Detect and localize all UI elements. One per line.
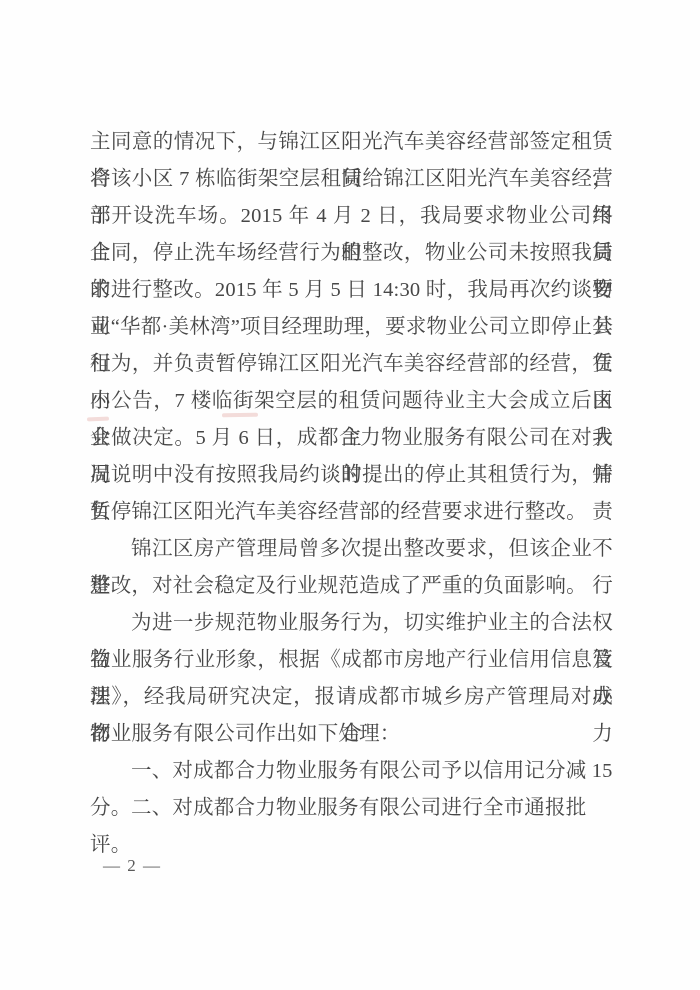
text-line: 况说明中没有按照我局约谈时提出的停止其租赁行为，并负责: [90, 457, 613, 494]
text-line: 主同意的情况下，与锦江区阳光汽车美容经营部签定租赁合同，: [90, 124, 613, 161]
scan-artifact: [87, 417, 109, 422]
text-line paragraph-start: 为进一步规范物业服务行为，切实维护业主的合法权益及: [90, 605, 613, 642]
page-number: — 2 —: [103, 855, 162, 877]
text-line: 整改，对社会稳定及行业规范造成了严重的负面影响。: [90, 568, 613, 605]
text-line paragraph-start: 锦江区房产管理局曾多次提出整改要求，但该企业不进行: [90, 531, 613, 568]
text-line: 法》，经我局研究决定，报请成都市城乡房产管理局对成都合力: [90, 679, 613, 716]
text-line: 会做决定。5 月 6 日，成都合力物业服务有限公司在对我局的情: [90, 420, 613, 457]
text-line: 于开设洗车场。2015 年 4 月 2 日，我局要求物业公司终止租赁: [90, 198, 613, 235]
text-line list-item-2: 二、对成都合力物业服务有限公司进行全市通报批评。: [90, 790, 613, 827]
scan-artifact: [222, 413, 258, 418]
text-line list-item-1: 一、对成都合力物业服务有限公司予以信用记分减 15 分。: [90, 753, 613, 790]
text-line: 合同，停止洗车场经营行为的整改，物业公司未按照我局的要: [90, 235, 613, 272]
text-line: 将该小区 7 栋临街架空层租赁给锦江区阳光汽车美容经营部用: [90, 161, 613, 198]
document-body: 主同意的情况下，与锦江区阳光汽车美容经营部签定租赁合同， 将该小区 7 栋临街架…: [90, 124, 613, 827]
scanned-document-page: 主同意的情况下，与锦江区阳光汽车美容经营部签定租赁合同， 将该小区 7 栋临街架…: [0, 0, 700, 990]
text-line: 暂停锦江区阳光汽车美容经营部的经营要求进行整改。: [90, 494, 613, 531]
text-line: 内公告，7 楼临街架空层的租赁问题待业主大会成立后由业主大: [90, 383, 613, 420]
text-line: 求进行整改。2015 年 5 月 5 日 14:30 时，我局再次约谈物业公: [90, 272, 613, 309]
text-line: 物业服务行业形象，根据《成都市房地产行业信用信息管理办: [90, 642, 613, 679]
text-line: 行为，并负责暂停锦江区阳光汽车美容经营部的经营，在小区: [90, 346, 613, 383]
text-line: 司“华都·美林湾”项目经理助理，要求物业公司立即停止其租赁: [90, 309, 613, 346]
